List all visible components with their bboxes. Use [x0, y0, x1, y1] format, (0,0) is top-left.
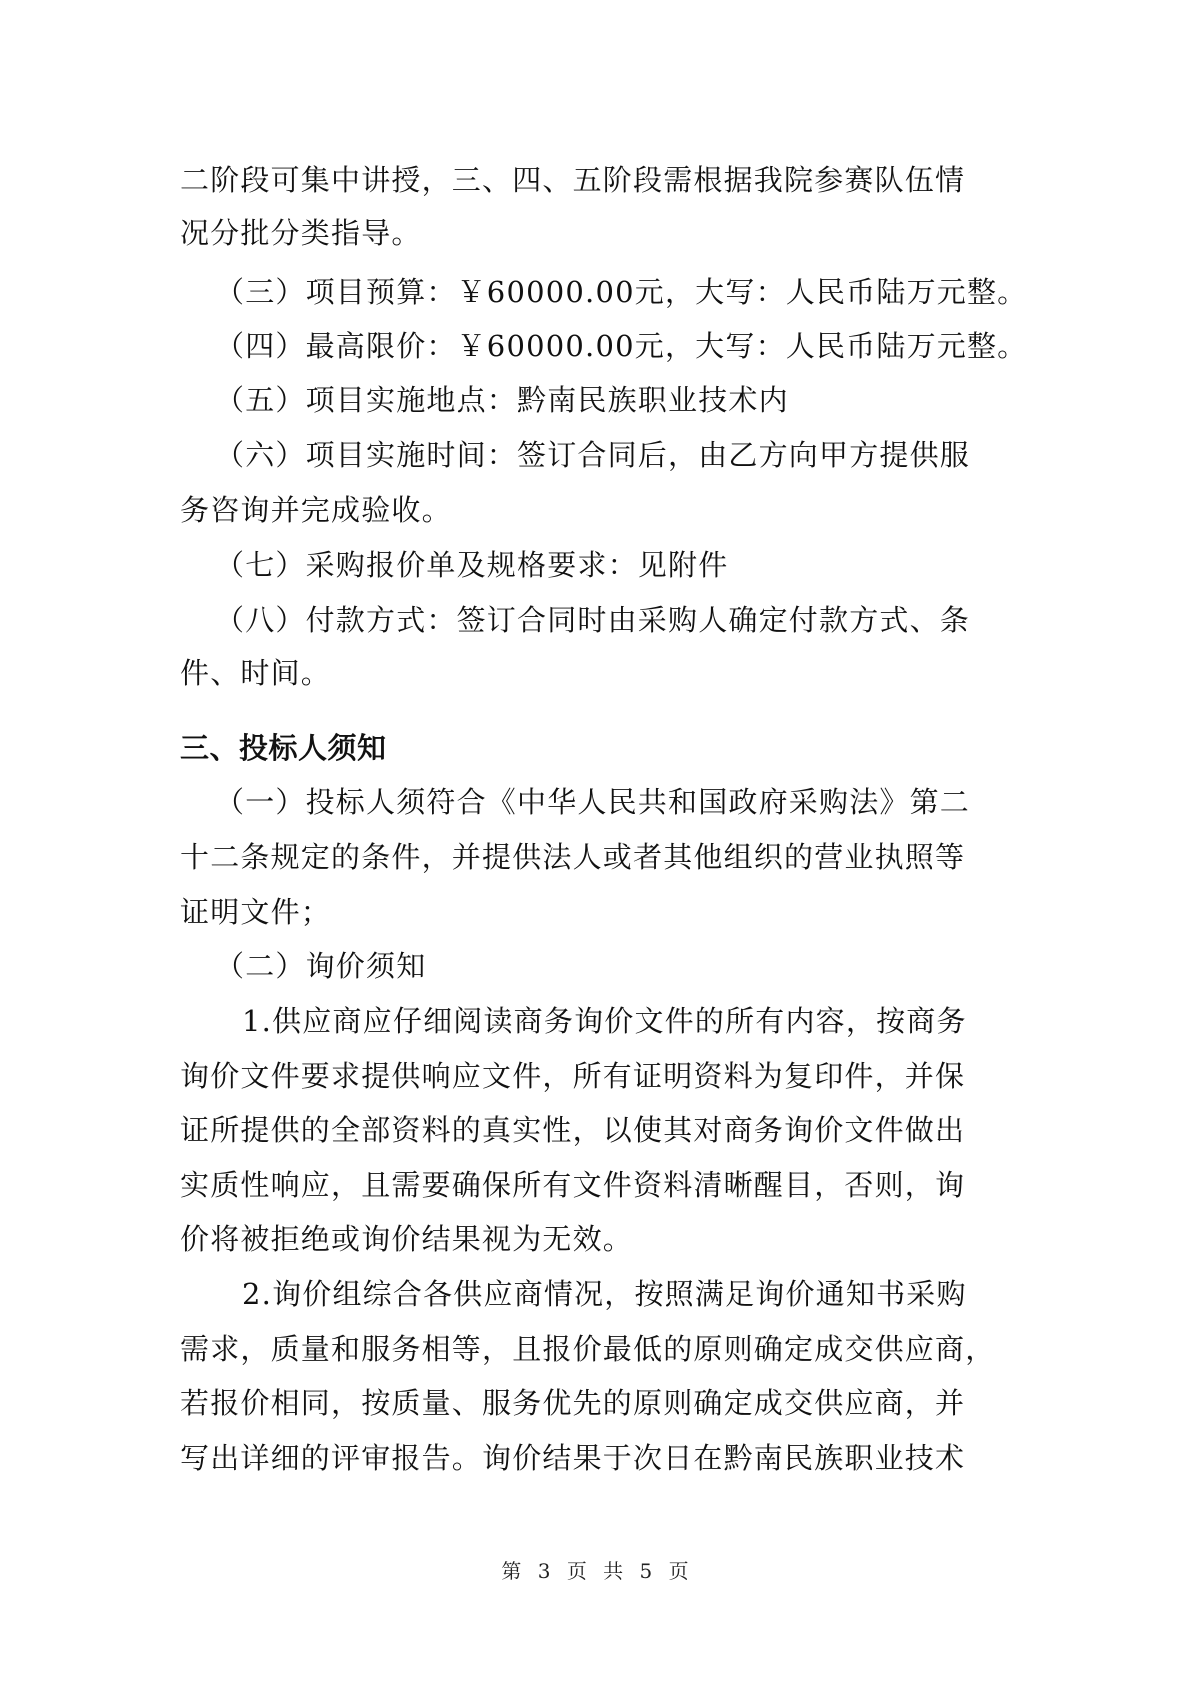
paragraph-line: （七）采购报价单及规格要求：见附件 [215, 545, 728, 585]
paragraph-line: 写出详细的评审报告。询价结果于次日在黔南民族职业技术 [180, 1438, 965, 1478]
paragraph-line: （三）项目预算：￥60000.00元，大写：人民币陆万元整。 [215, 272, 1027, 312]
paragraph-line: 价将被拒绝或询价结果视为无效。 [180, 1219, 633, 1259]
paragraph-line: 1.供应商应仔细阅读商务询价文件的所有内容，按商务 [242, 1001, 967, 1041]
paragraph-line: 询价文件要求提供响应文件，所有证明资料为复印件，并保 [180, 1056, 965, 1096]
paragraph-line: （八）付款方式：签订合同时由采购人确定付款方式、条 [215, 600, 970, 640]
paragraph-line: 实质性响应，且需要确保所有文件资料清晰醒目，否则，询 [180, 1165, 965, 1205]
paragraph-line: 若报价相同，按质量、服务优先的原则确定成交供应商，并 [180, 1383, 965, 1423]
paragraph-line: 需求，质量和服务相等，且报价最低的原则确定成交供应商， [180, 1329, 995, 1369]
section-heading: 三、投标人须知 [180, 728, 387, 768]
paragraph-line: 证所提供的全部资料的真实性，以使其对商务询价文件做出 [180, 1110, 965, 1150]
paragraph-line: 件、时间。 [180, 653, 331, 693]
paragraph-line: （五）项目实施地点：黔南民族职业技术内 [215, 380, 789, 420]
paragraph-line: 十二条规定的条件，并提供法人或者其他组织的营业执照等 [180, 837, 965, 877]
page-footer: 第 3 页 共 5 页 [0, 1557, 1191, 1585]
paragraph-line: （一）投标人须符合《中华人民共和国政府采购法》第二 [215, 782, 970, 822]
paragraph-line: 证明文件； [180, 892, 331, 932]
paragraph-line: （二）询价须知 [215, 946, 426, 986]
paragraph-line: 二阶段可集中讲授，三、四、五阶段需根据我院参赛队伍情 [180, 160, 965, 200]
paragraph-line: 2.询价组综合各供应商情况，按照满足询价通知书采购 [242, 1274, 967, 1314]
paragraph-line: 务咨询并完成验收。 [180, 490, 452, 530]
paragraph-line: （四）最高限价：￥60000.00元，大写：人民币陆万元整。 [215, 326, 1027, 366]
paragraph-line: 况分批分类指导。 [180, 213, 422, 253]
paragraph-line: （六）项目实施时间：签订合同后，由乙方向甲方提供服 [215, 435, 970, 475]
document-page: 二阶段可集中讲授，三、四、五阶段需根据我院参赛队伍情况分批分类指导。（三）项目预… [0, 0, 1191, 1684]
